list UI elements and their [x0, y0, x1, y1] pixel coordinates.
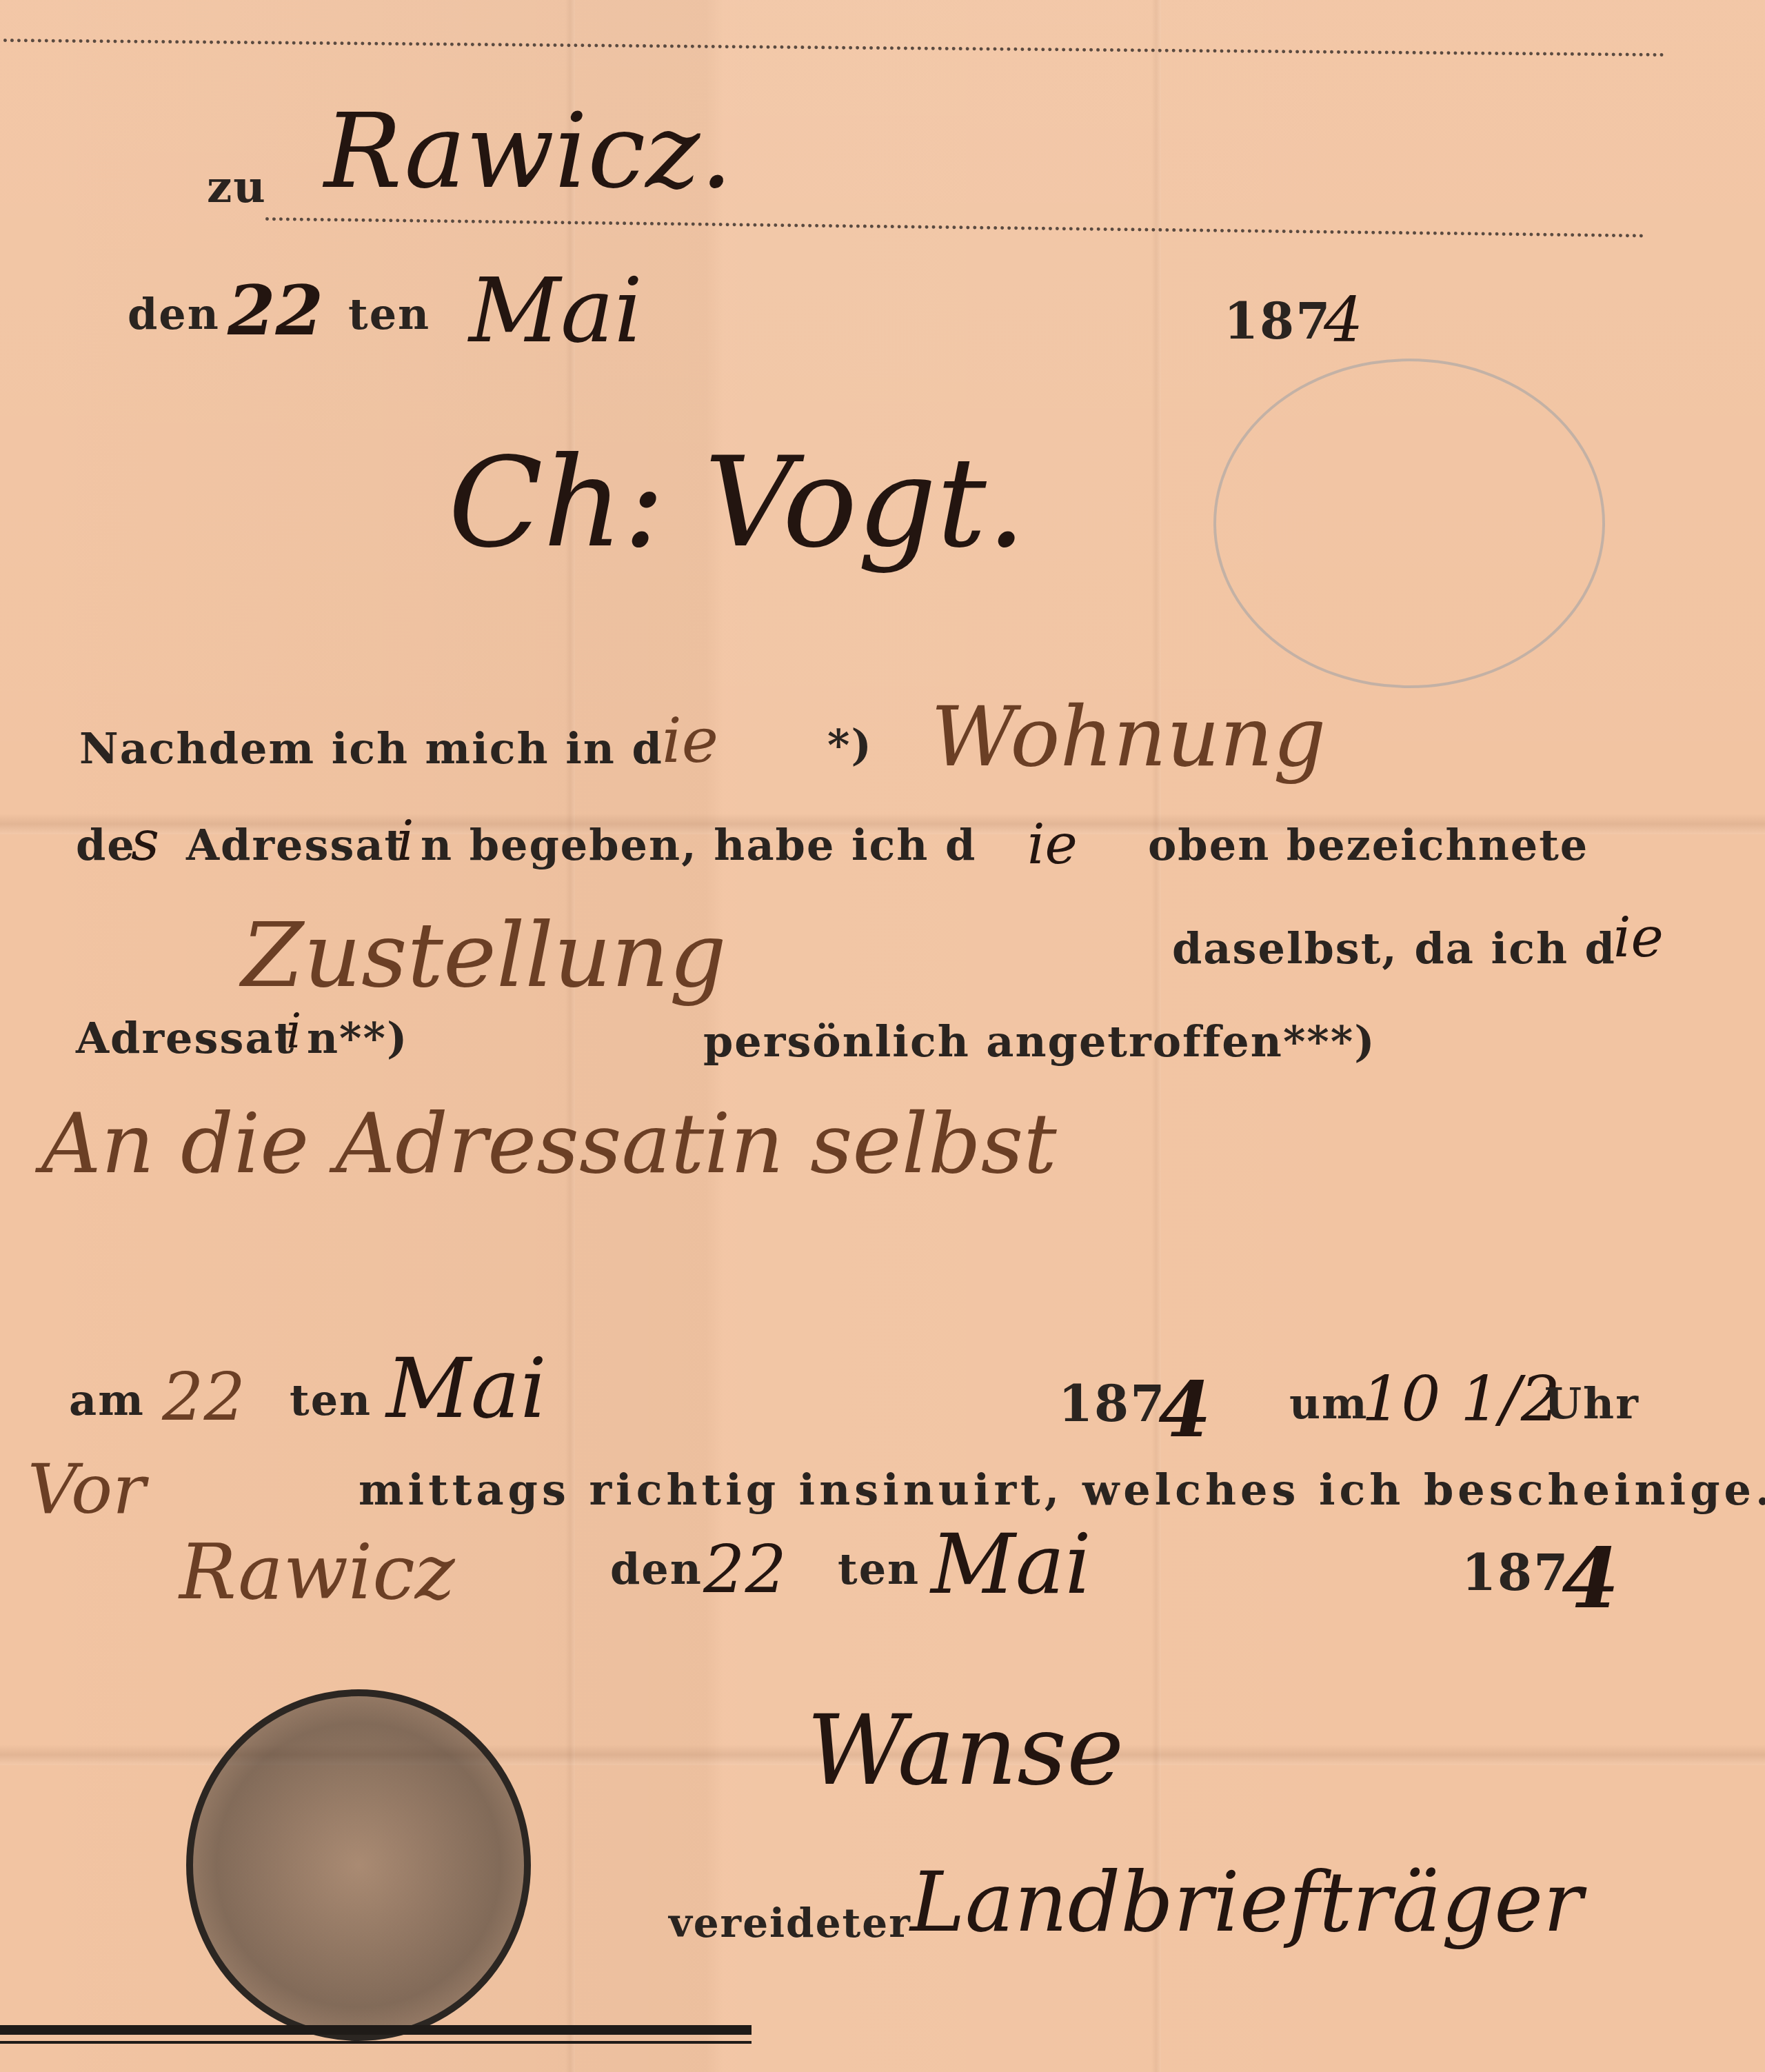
month-handwritten: Mai [386, 1348, 547, 1431]
postmark [1213, 359, 1605, 688]
month-handwritten: Mai [469, 265, 643, 355]
day-handwritten: 22 [228, 276, 323, 345]
day-handwritten: 22 [703, 1538, 787, 1603]
body-printed: daselbst, da ich d [1172, 927, 1616, 970]
official-seal [186, 1689, 531, 2041]
place-handwritten: Rawicz. [324, 100, 733, 203]
body-hand-word: Wohnung [931, 696, 1326, 779]
signature-name: Wanse [807, 1703, 1124, 1800]
time-handwritten: 10 1/2 [1362, 1369, 1560, 1431]
body-hand-insert: ie [1027, 817, 1078, 872]
body-printed: persönlich angetroffen***) [703, 1020, 1376, 1063]
body-hand-word: Zustellung [241, 910, 727, 1000]
day-handwritten: 22 [162, 1365, 245, 1431]
label-ten: ten [348, 293, 430, 336]
body-hand-insert: i [286, 1007, 301, 1055]
body-printed: oben bezeichnete [1148, 824, 1588, 867]
addressee-name: Ch: Vogt. [448, 441, 1026, 565]
period-handwritten: Vor [28, 1455, 145, 1524]
delivery-remark-handwritten: An die Adressatin selbst [41, 1103, 1057, 1186]
body-printed: de [76, 824, 136, 867]
body-printed: n**) [307, 1017, 408, 1060]
body-hand-insert: i [396, 814, 414, 869]
place-handwritten: Rawicz [179, 1534, 455, 1610]
label-zu: zu [207, 165, 267, 210]
year-printed: 187 [1462, 1548, 1569, 1598]
body-printed: Adressat [76, 1017, 295, 1060]
bottom-rule-thick [0, 2025, 752, 2035]
body-printed: *) [827, 724, 873, 767]
label-um: um [1289, 1382, 1369, 1425]
certification-text: mittags richtig insinuirt, welches ich b… [359, 1469, 1765, 1511]
body-hand-insert: s [131, 814, 159, 869]
year-handwritten: 4 [1562, 1538, 1620, 1620]
label-am: am [69, 1379, 145, 1422]
label-den: den [610, 1548, 703, 1591]
body-hand-insert: ie [662, 710, 718, 772]
year-printed: 187 [1058, 1379, 1166, 1429]
body-printed: Adressat [186, 824, 405, 867]
label-ten: ten [290, 1379, 372, 1422]
year-printed: 187 [1224, 296, 1331, 346]
year-handwritten: 4 [1158, 1372, 1211, 1448]
label-den: den [128, 293, 220, 336]
signature-title: vereideter [669, 1903, 911, 1943]
label-uhr: Uhr [1544, 1382, 1640, 1425]
body-hand-insert: ie [1613, 910, 1664, 965]
top-dotted-rule [3, 39, 1665, 57]
label-ten: ten [838, 1548, 920, 1591]
bottom-rule-thin [0, 2041, 752, 2044]
place-dotted-rule [265, 217, 1644, 237]
month-handwritten: Mai [931, 1524, 1091, 1607]
signature-role: Landbriefträger [910, 1862, 1583, 1944]
body-printed: n begeben, habe ich d [421, 824, 976, 867]
year-handwritten: 4 [1324, 290, 1363, 352]
body-printed: Nachdem ich mich in d [79, 727, 663, 770]
